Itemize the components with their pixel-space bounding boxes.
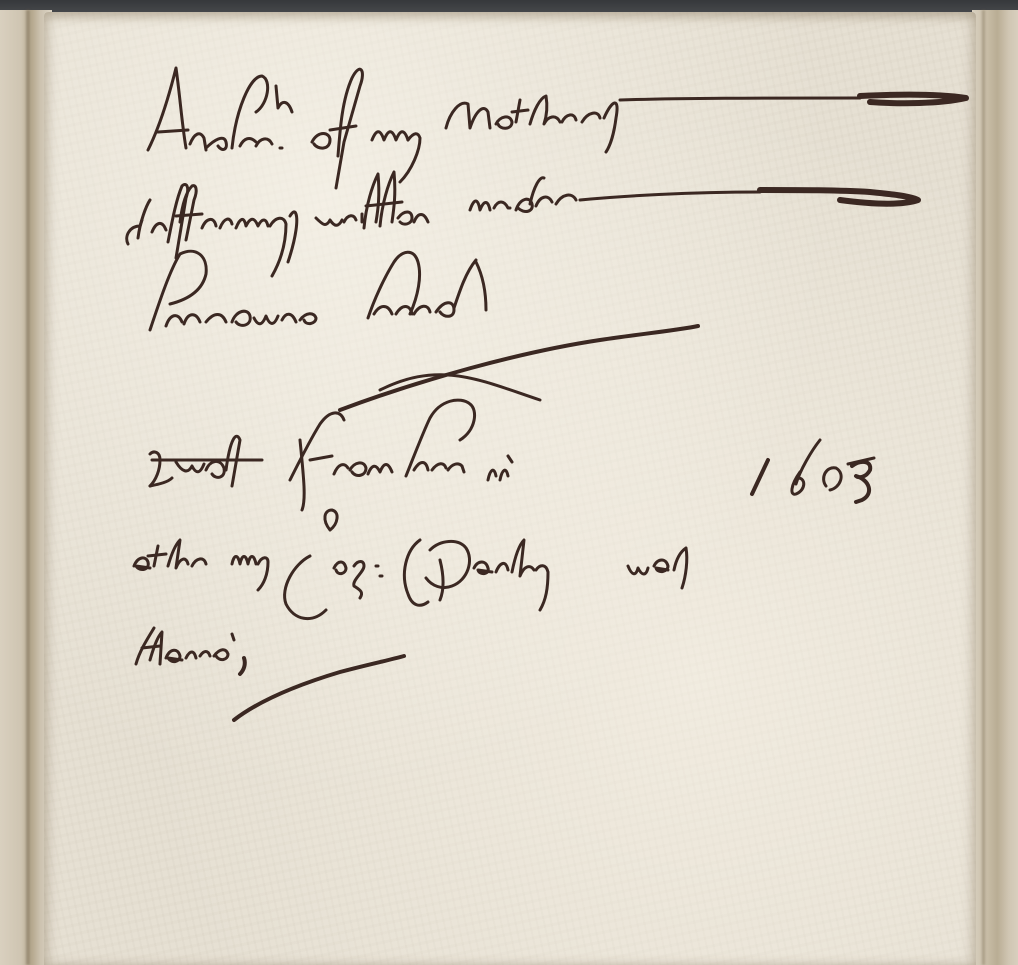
stroke-line-2 xyxy=(127,172,918,276)
stroke-line-5 xyxy=(134,510,687,619)
handwriting-strokes xyxy=(0,0,1018,965)
stroke-line-4 xyxy=(150,375,874,510)
photo-frame: An Acct: of my Mothers sufferings writte… xyxy=(0,0,1018,965)
stroke-line-3 xyxy=(150,251,698,410)
stroke-line-6 xyxy=(136,628,404,720)
stroke-line-1 xyxy=(148,68,966,188)
